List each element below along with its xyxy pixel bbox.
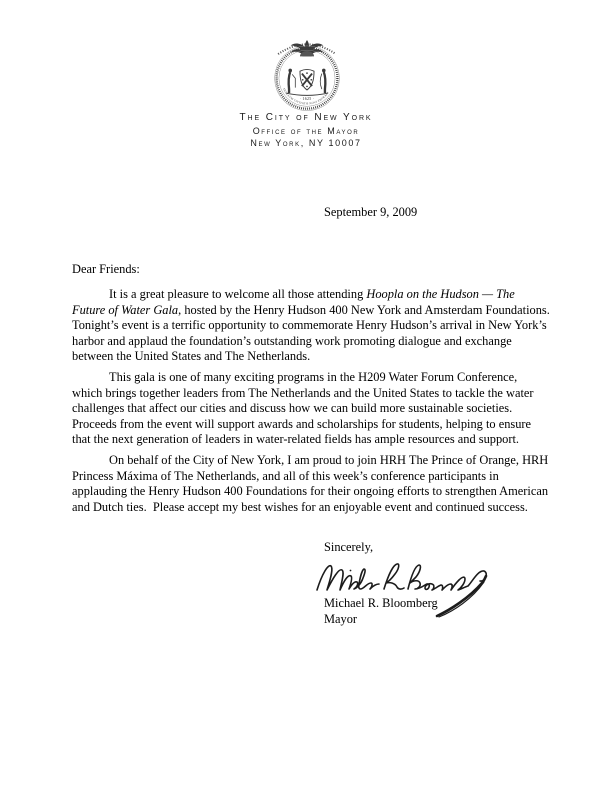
seal-shield <box>300 69 314 89</box>
nyc-seal-graphic: · 1625 · SIGILLVM CIVITATIS NOVI EBORACI <box>268 33 346 111</box>
body-paragraph-1: It is a great pleasure to welcome all th… <box>72 287 550 365</box>
seal-sailor-figure <box>288 69 295 93</box>
letterhead-city-line: The City of New York <box>0 112 612 125</box>
closing: Sincerely, <box>324 540 373 555</box>
seal-ground-ribbon <box>286 93 328 95</box>
signer-title: Mayor <box>324 612 357 627</box>
letterhead-address-line: New York, NY 10007 <box>0 137 612 149</box>
paragraph-1-text: It is a great pleasure to welcome all th… <box>109 287 366 301</box>
body-paragraph-2: This gala is one of many exciting progra… <box>72 370 550 448</box>
seal-native-figure <box>320 69 325 93</box>
body-paragraph-3: On behalf of the City of New York, I am … <box>72 453 550 515</box>
letter-page: · 1625 · SIGILLVM CIVITATIS NOVI EBORACI… <box>0 0 612 792</box>
seal-year: · 1625 · <box>300 97 315 101</box>
salutation: Dear Friends: <box>72 262 140 277</box>
nyc-seal: · 1625 · SIGILLVM CIVITATIS NOVI EBORACI <box>268 33 346 111</box>
letter-date: September 9, 2009 <box>324 205 417 220</box>
signer-name: Michael R. Bloomberg <box>324 596 438 611</box>
letterhead: The City of New York Office of the Mayor… <box>0 112 612 149</box>
letterhead-office-line: Office of the Mayor <box>0 125 612 137</box>
